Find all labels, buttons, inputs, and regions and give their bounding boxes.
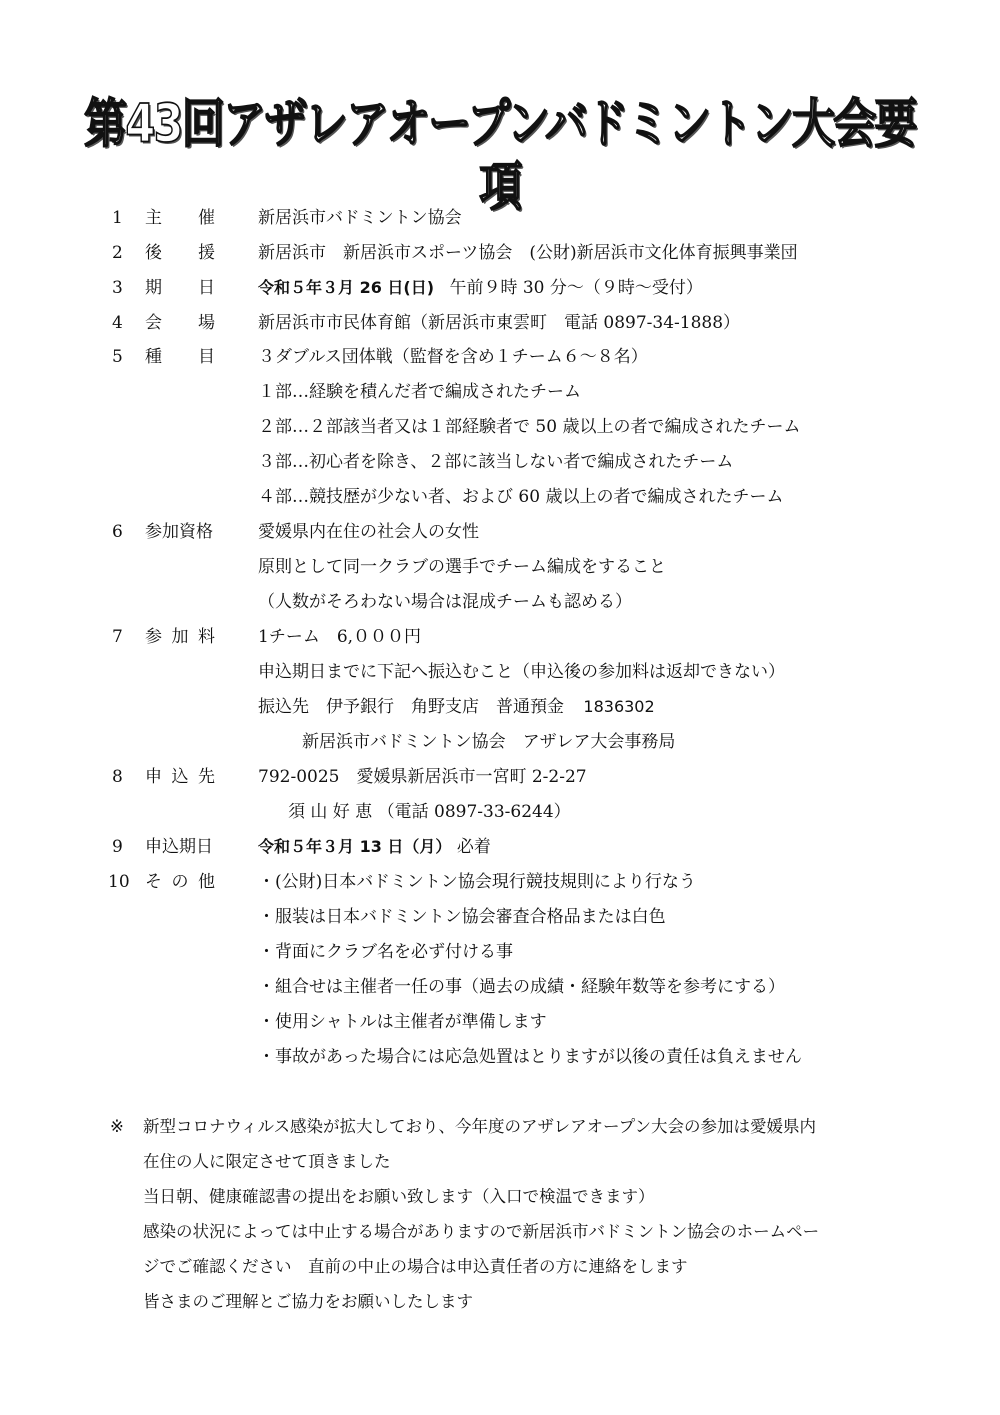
item-value: 792‐0025 愛媛県新居浜市一宮町 2‐2‐27 <box>258 760 587 794</box>
item-number: 3 <box>112 271 142 305</box>
rule-line: ・服装は日本バドミントン協会審査合格品または白色 <box>0 900 1000 934</box>
label-char: 催 <box>198 201 215 235</box>
item-events: 5 種 目 ３ダブルス団体戦（監督を含め１チーム６～８名） <box>0 340 1000 374</box>
rule-line: ・事故があった場合には応急処置はとりますが以後の責任は負えません <box>0 1040 1000 1074</box>
payee-name: 新居浜市バドミントン協会 アザレア大会事務局 <box>302 725 675 759</box>
item-value: 令和５年３月 13 日（月） 必着 <box>258 830 491 864</box>
item-value: 令和５年３月 26 日(日) 午前９時 30 分～（９時～受付） <box>258 271 703 305</box>
item-value: 新居浜市市民体育館（新居浜市東雲町 電話 0897‐34‐1888） <box>258 306 740 340</box>
reference-mark-icon: ※ <box>110 1110 124 1144</box>
item-venue: 4 会 場 新居浜市市民体育館（新居浜市東雲町 電話 0897‐34‐1888） <box>0 306 1000 340</box>
item-label: 参加資格 <box>145 515 245 549</box>
notice-line: 当日朝、健康確認書の提出をお願い致します（入口で検温できます） <box>143 1180 655 1214</box>
label-char: 参 <box>145 620 162 654</box>
label-char: 目 <box>198 340 215 374</box>
rule-line: ・組合せは主催者一任の事（過去の成績・経験年数等を参考にする） <box>0 970 1000 1004</box>
label-char: 先 <box>198 760 215 794</box>
item-label: 主 催 <box>145 201 215 235</box>
label-char: 主 <box>145 201 162 235</box>
division-text: ４部…競技歴が少ない者、および 60 歳以上の者で編成されたチーム <box>258 480 783 514</box>
item-label: 種 目 <box>145 340 215 374</box>
item-number: 6 <box>112 515 142 549</box>
rule-line: ・使用シャトルは主催者が準備します <box>0 1005 1000 1039</box>
label-char: 援 <box>198 236 215 270</box>
division-text: ２部…２部該当者又は１部経験者で 50 歳以上の者で編成されたチーム <box>258 410 800 444</box>
notice-line: 感染の状況によっては中止する場合がありますので新居浜市バドミントン協会のホームペ… <box>143 1215 819 1249</box>
deadline-date: 令和５年３月 13 日（月） <box>258 837 451 856</box>
item-number: 1 <box>112 201 142 235</box>
item-number: 2 <box>112 236 142 270</box>
label-char: 込 <box>172 760 189 794</box>
item-number: 4 <box>112 306 142 340</box>
rule-text: ・組合せは主催者一任の事（過去の成績・経験年数等を参考にする） <box>258 970 785 1004</box>
division-4: ４部…競技歴が少ない者、および 60 歳以上の者で編成されたチーム <box>0 480 1000 514</box>
notice-line: 新型コロナウィルス感染が拡大しており、今年度のアザレアオープン大会の参加は愛媛県… <box>143 1110 816 1144</box>
label-char: 会 <box>145 306 162 340</box>
label-char: 後 <box>145 236 162 270</box>
item-label: 申込期日 <box>145 830 245 864</box>
item-label: 後 援 <box>145 236 215 270</box>
fee-payee: 新居浜市バドミントン協会 アザレア大会事務局 <box>0 725 1000 759</box>
item-date: 3 期 日 令和５年３月 26 日(日) 午前９時 30 分～（９時～受付） <box>0 271 1000 305</box>
item-value: ３ダブルス団体戦（監督を含め１チーム６～８名） <box>258 340 648 374</box>
item-number: 8 <box>112 760 142 794</box>
item-number: 5 <box>112 340 142 374</box>
bank-name: 振込先 伊予銀行 角野支店 普通預金 <box>258 697 564 717</box>
item-label: 申 込 先 <box>145 760 215 794</box>
item-value: ・(公財)日本バドミントン協会現行競技規則により行なう <box>258 865 696 899</box>
rule-line: ・背面にクラブ名を必ず付ける事 <box>0 935 1000 969</box>
division-text: １部…経験を積んだ者で編成されたチーム <box>258 375 581 409</box>
contact-text: 須 山 好 恵 （電話 0897-33-6244） <box>288 795 571 829</box>
label-char: 他 <box>198 865 215 899</box>
division-1: １部…経験を積んだ者で編成されたチーム <box>0 375 1000 409</box>
item-sponsors: 2 後 援 新居浜市 新居浜市スポーツ協会 (公財)新居浜市文化体育振興事業団 <box>0 236 1000 270</box>
item-number: 9 <box>112 830 142 864</box>
rule-text: ・背面にクラブ名を必ず付ける事 <box>258 935 513 969</box>
covid-notice: ※ 新型コロナウィルス感染が拡大しており、今年度のアザレアオープン大会の参加は愛… <box>110 1110 930 1320</box>
notice-line: 皆さまのご理解とご協力をお願いしたします <box>143 1285 473 1319</box>
fee-bank: 振込先 伊予銀行 角野支店 普通預金 1836302 <box>0 690 1000 724</box>
fee-line: 申込期日までに下記へ振込むこと（申込後の参加料は返却できない） <box>0 655 1000 689</box>
eligibility-text: （人数がそろわない場合は混成チームも認める） <box>258 585 632 619</box>
deadline-suffix: 必着 <box>457 837 491 857</box>
label-char: 加 <box>172 620 189 654</box>
division-3: ３部…初心者を除き、２部に該当しない者で編成されたチーム <box>0 445 1000 479</box>
label-char: 場 <box>198 306 215 340</box>
item-label: そ の 他 <box>145 865 215 899</box>
item-value: 1チーム 6,０００円 <box>258 620 421 654</box>
item-value: 新居浜市 新居浜市スポーツ協会 (公財)新居浜市文化体育振興事業団 <box>258 236 798 270</box>
item-number: 10 <box>108 865 138 899</box>
item-label: 参 加 料 <box>145 620 215 654</box>
label-char: 期 <box>145 271 162 305</box>
item-fee: 7 参 加 料 1チーム 6,０００円 <box>0 620 1000 654</box>
label-char: 種 <box>145 340 162 374</box>
item-number: 7 <box>112 620 142 654</box>
rule-text: ・使用シャトルは主催者が準備します <box>258 1005 547 1039</box>
event-time: 午前９時 30 分～（９時～受付） <box>449 278 702 298</box>
bank-account-number: 1836302 <box>583 697 654 716</box>
item-eligibility: 6 参加資格 愛媛県内在住の社会人の女性 <box>0 515 1000 549</box>
item-label: 期 日 <box>145 271 215 305</box>
eligibility-line: （人数がそろわない場合は混成チームも認める） <box>0 585 1000 619</box>
label-char: 料 <box>198 620 215 654</box>
label-char: 申 <box>145 760 162 794</box>
label-char: そ <box>145 865 162 899</box>
eligibility-line: 原則として同一クラブの選手でチーム編成をすること <box>0 550 1000 584</box>
item-value: 新居浜市バドミントン協会 <box>258 201 462 235</box>
notice-line: 在住の人に限定させて頂きました <box>143 1145 391 1179</box>
label-char: の <box>172 865 189 899</box>
fee-text: 申込期日までに下記へ振込むこと（申込後の参加料は返却できない） <box>258 655 785 689</box>
rule-text: ・事故があった場合には応急処置はとりますが以後の責任は負えません <box>258 1040 802 1074</box>
document-title: 第43回アザレアオープンバドミントン大会要項 <box>70 92 930 218</box>
label-char: 日 <box>198 271 215 305</box>
rule-text: ・服装は日本バドミントン協会審査合格品または白色 <box>258 900 666 934</box>
notice-line: ジでご確認ください 直前の中止の場合は申込責任者の方に連絡をします <box>143 1250 688 1284</box>
item-organizer: 1 主 催 新居浜市バドミントン協会 <box>0 201 1000 235</box>
item-value: 愛媛県内在住の社会人の女性 <box>258 515 479 549</box>
division-text: ３部…初心者を除き、２部に該当しない者で編成されたチーム <box>258 445 733 479</box>
item-deadline: 9 申込期日 令和５年３月 13 日（月） 必着 <box>0 830 1000 864</box>
item-other: 10 そ の 他 ・(公財)日本バドミントン協会現行競技規則により行なう <box>0 865 1000 899</box>
bank-info: 振込先 伊予銀行 角野支店 普通預金 1836302 <box>258 690 655 724</box>
item-label: 会 場 <box>145 306 215 340</box>
item-application-address: 8 申 込 先 792‐0025 愛媛県新居浜市一宮町 2‐2‐27 <box>0 760 1000 794</box>
application-contact: 須 山 好 恵 （電話 0897-33-6244） <box>0 795 1000 829</box>
eligibility-text: 原則として同一クラブの選手でチーム編成をすること <box>258 550 666 584</box>
event-date: 令和５年３月 26 日(日) <box>258 278 434 297</box>
division-2: ２部…２部該当者又は１部経験者で 50 歳以上の者で編成されたチーム <box>0 410 1000 444</box>
